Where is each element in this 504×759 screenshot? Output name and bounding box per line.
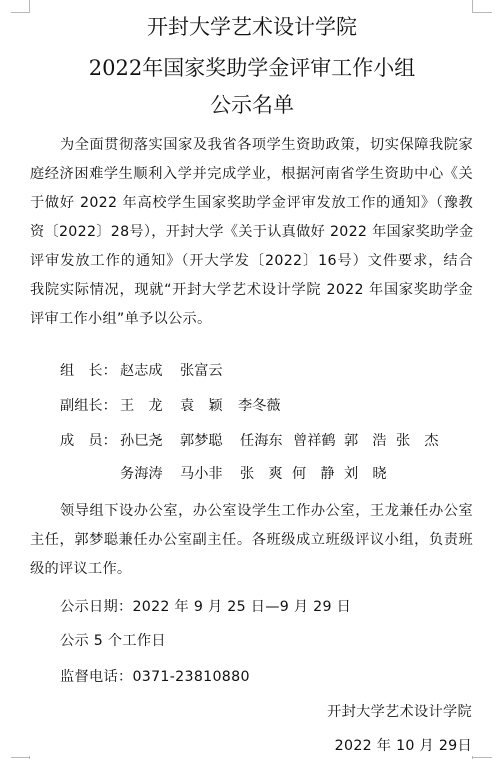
roster-name: 马小非 xyxy=(180,464,223,484)
office-line: 主任，郭梦聪兼任办公室副主任。各班级成立班级评议小组，负责班 xyxy=(30,530,473,550)
roster-label-members: 成 员： xyxy=(60,431,117,451)
roster-name: 曾祥鹤 xyxy=(293,431,336,451)
notice-period: 公示日期：2022 年 9 月 25 日—9 月 29 日 xyxy=(60,597,351,617)
roster-name: 张富云 xyxy=(180,361,223,381)
roster-name: 张 杰 xyxy=(396,431,439,451)
intro-line: 于做好 2022 年高校学生国家奖助学金评审发放工作的通知》（豫教 xyxy=(30,193,473,213)
roster-name: 任海东 xyxy=(240,431,283,451)
intro-line: 庭经济困难学生顺利入学并完成学业，根据河南省学生资助中心《关 xyxy=(30,164,473,184)
intro-line: 为全面贯彻落实国家及我省各项学生资助政策，切实保障我院家 xyxy=(60,135,473,155)
office-line: 级的评议工作。 xyxy=(30,559,131,579)
roster-name: 孙巳尧 xyxy=(120,431,163,451)
supervision-phone: 监督电话：0371-23810880 xyxy=(60,667,250,687)
crop-mark-bottom-left-h xyxy=(11,757,30,758)
crop-mark-bottom-right-h xyxy=(472,757,492,758)
roster-name: 务海涛 xyxy=(120,464,163,484)
intro-line: 我院实际情况，现就“开封大学艺术设计学院 2022 年国家奖助学金 xyxy=(30,280,473,300)
roster-deputy-row: 副组长： 王 龙 袁 颖 李冬薇 xyxy=(60,396,480,416)
roster-leader-row: 组 长： 赵志成 张富云 xyxy=(60,361,480,381)
roster-name: 袁 颖 xyxy=(180,396,223,416)
office-line: 领导组下设办公室，办公室设学生工作办公室，王龙兼任办公室 xyxy=(60,501,473,521)
intro-line: 资〔2022〕28号），开封大学《关于认真做好 2022 年国家奖助学金 xyxy=(30,222,473,242)
roster-name: 赵志成 xyxy=(120,361,163,381)
roster-name: 郭梦聪 xyxy=(180,431,223,451)
document-title-line-2: 2022年国家奖助学金评审工作小组 xyxy=(0,53,504,83)
roster-name: 王 龙 xyxy=(120,396,163,416)
intro-line: 评审工作小组”单予以公示。 xyxy=(30,309,212,329)
roster-name: 郭 浩 xyxy=(344,431,387,451)
roster-name: 张 爽 xyxy=(240,464,283,484)
roster-name: 何 静 xyxy=(292,464,335,484)
document-title-line-1: 开封大学艺术设计学院 xyxy=(0,12,504,42)
document-title-line-3: 公示名单 xyxy=(0,90,504,120)
roster-label-deputy: 副组长： xyxy=(60,396,117,416)
notice-days: 公示 5 个工作日 xyxy=(60,631,166,651)
roster-members-row-2: 务海涛 马小非 张 爽 何 静 刘 晓 xyxy=(60,464,480,484)
signature-date: 2022 年 10 月 29日 xyxy=(335,736,472,756)
intro-line: 评审发放工作的通知》（开大学发〔2022〕16号）文件要求，结合 xyxy=(30,251,473,271)
roster-name: 李冬薇 xyxy=(238,396,281,416)
roster-members-row-1: 成 员： 孙巳尧 郭梦聪 任海东 曾祥鹤 郭 浩 张 杰 xyxy=(60,431,480,451)
roster-label-leader: 组 长： xyxy=(60,361,117,381)
signature-organization: 开封大学艺术设计学院 xyxy=(327,702,472,722)
roster-name: 刘 晓 xyxy=(344,464,387,484)
